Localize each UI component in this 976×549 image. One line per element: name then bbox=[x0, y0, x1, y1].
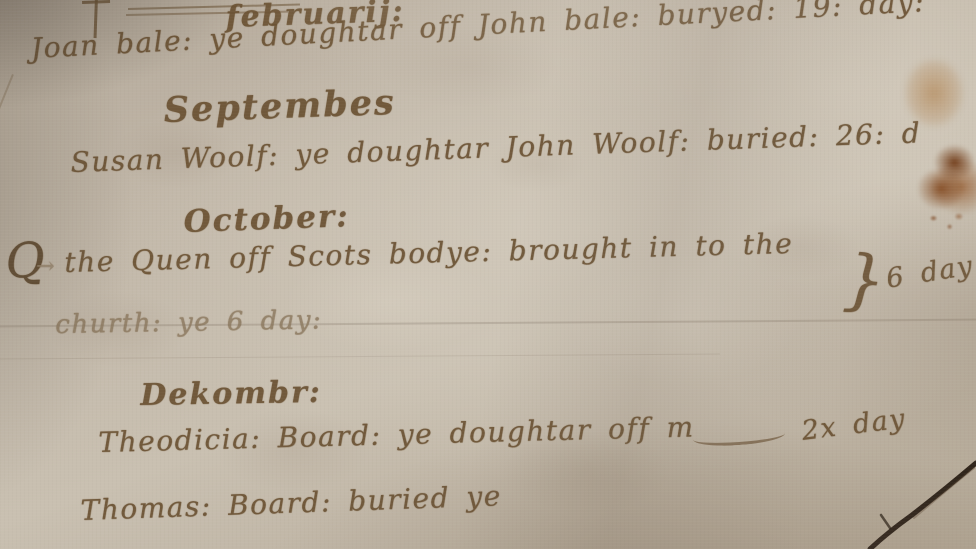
rust-specks bbox=[922, 208, 968, 242]
burial-entry-queen-of-scots: the Quen off Scots bodye: brought in to … bbox=[64, 227, 794, 279]
queen-entry-continuation: churth: ye 6 day: bbox=[55, 305, 322, 340]
brace-mark: } bbox=[841, 240, 890, 320]
manuscript-photo: februarij: Joan bale: ye doughtar off Jo… bbox=[0, 0, 976, 549]
pen-flourish-dash bbox=[693, 425, 786, 448]
month-heading-september: Septembes bbox=[163, 82, 396, 131]
faint-ruling-line bbox=[0, 353, 720, 359]
pointer-arrow-icon: → bbox=[36, 254, 56, 279]
month-heading-december: Dekombr: bbox=[140, 375, 322, 413]
month-heading-october: October: bbox=[183, 198, 350, 240]
burial-entry-joan-bale: Joan bale: ye doughtar off John bale: bu… bbox=[30, 0, 926, 65]
burial-entry-theodicia-board: Theodicia: Board: ye doughtar off m bbox=[98, 410, 695, 459]
cross-mark-icon bbox=[82, 0, 110, 4]
parchment-crack bbox=[856, 458, 976, 549]
theodicia-entry-day-number: 2x day bbox=[800, 403, 908, 447]
burial-entry-thomas-board: Thomas: Board: buried ye bbox=[80, 479, 502, 527]
margin-pen-stroke bbox=[0, 74, 14, 142]
queen-entry-day-number: 6 day bbox=[884, 250, 976, 294]
